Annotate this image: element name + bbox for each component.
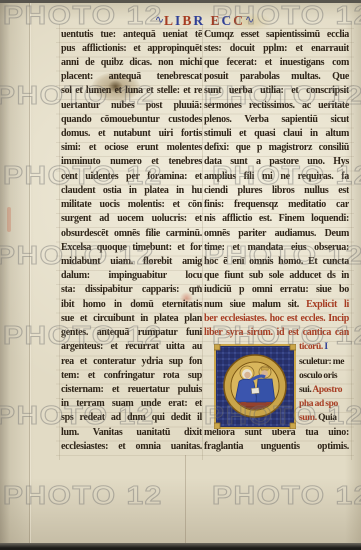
body-text: defixi: que p magistrorz consiliū xyxy=(204,142,349,153)
text-line: sta: dissipabitur capparis: qm̄ xyxy=(61,283,202,297)
manuscript-page-photo: ∿LIBR ECC∿ uentutis tue: antequā ueniat … xyxy=(0,0,361,550)
photo12-watermark: PHOTO 12 xyxy=(3,482,163,511)
text-line: sui. Apostro xyxy=(299,383,349,397)
rubric-text: Explicit li xyxy=(306,299,349,310)
pen-flourish-right: ∿ xyxy=(245,14,254,26)
photo-edge-top xyxy=(0,0,361,3)
text-line: iudiciū p omni erratu: siue bo xyxy=(204,283,349,297)
text-line: sol et lumen et luna et stelle: et re xyxy=(61,84,202,98)
parchment-fold-line xyxy=(185,455,186,543)
body-text: sui. xyxy=(299,385,312,395)
text-line: time: et mandata eius obserua: xyxy=(204,241,349,255)
body-text: iudiciū p omni erratu: siue bo xyxy=(204,284,349,295)
text-line: militate uocis molentis: et cōn xyxy=(61,198,202,212)
text-line: cisternam: et reuertatur puluis xyxy=(61,383,202,397)
text-line: ber ecclesiastes. hoc est eccles. Incip xyxy=(204,312,349,326)
body-text: ecclesiastes: et omnia uanitas. xyxy=(61,441,202,452)
text-line: ticorū. I xyxy=(299,340,349,354)
body-text: stes: docuit pplm: et enarrauit xyxy=(204,43,349,54)
pen-flourish-left: ∿ xyxy=(155,14,164,26)
body-text: rea et conteratur ydria sup fon xyxy=(61,356,202,367)
body-text: ciendi plures libros nullus est xyxy=(204,185,349,196)
body-text: sculetur: me xyxy=(299,357,344,367)
body-text: que fecerat: et inuestigans com xyxy=(204,57,349,68)
running-title-letter: L xyxy=(164,13,175,28)
text-line: sculetur: me xyxy=(299,355,349,369)
text-line: surgent ad uocem uolucris: et xyxy=(61,212,202,226)
body-text: imminuto numero et tenebres xyxy=(61,156,202,167)
text-line: fraglantia unguentis optimis. xyxy=(204,440,349,454)
text-line: obsurdescēt omnēs filie carminū. xyxy=(61,227,202,241)
body-text: sue et circuibunt in platea plan xyxy=(61,313,202,324)
body-text: posuit parabolas multas. Que xyxy=(204,71,349,82)
body-text: sta: dissipabitur capparis: qm̄ xyxy=(61,284,202,295)
body-text: argenteus: et recurrat uitta au xyxy=(61,341,202,352)
body-text: sps redeat ad dnm qui dedit il xyxy=(61,412,202,423)
text-line: nis afflictio est. Finem loquendi: xyxy=(204,212,349,226)
face-left xyxy=(244,372,250,378)
body-text: Quia xyxy=(318,413,336,423)
body-text: hoc ē enī omnis homo. Et cuncta xyxy=(204,256,349,267)
body-text: sermones rectissimos. ac ueritate xyxy=(204,100,349,111)
text-line: ecclesiastes: et omnia uanitas. xyxy=(61,440,202,454)
running-title-letter: B xyxy=(182,13,193,28)
ruling-vertical-left xyxy=(59,24,60,460)
text-line: omnēs pariter audiamus. Deum xyxy=(204,227,349,241)
text-line: sunt uerba utilia: et conscripsit xyxy=(204,84,349,98)
body-text: gentes. antequā rumpatur funi xyxy=(61,327,202,338)
running-title-letter: E xyxy=(210,13,221,28)
body-text: domus. et nutabunt uiri fortis xyxy=(61,128,202,139)
body-text: que fiunt sub sole adducet ds in xyxy=(204,270,349,281)
corner-knob xyxy=(290,423,296,429)
body-text: fraglantia unguentis optimis. xyxy=(204,441,349,452)
rubric-text: sum. xyxy=(299,413,318,423)
ruling-vertical-right xyxy=(351,24,352,460)
text-line: pus afflictionis: et appropinquēt xyxy=(61,42,202,56)
running-title-letter: R xyxy=(193,13,205,28)
rubric-text: liber syra sirum. id est cantica can xyxy=(204,327,349,338)
body-text: surgent ad uocem uolucris: et xyxy=(61,213,202,224)
text-line: plenos. Verba sapientiū sicut xyxy=(204,113,349,127)
photo12-watermark: PHOTO 12 xyxy=(212,482,361,511)
body-text: stimuli et quasi claui in altum xyxy=(204,128,349,139)
body-text: plenos. Verba sapientiū sicut xyxy=(204,114,349,125)
body-text: claudent ostia in platea in hu xyxy=(61,185,202,196)
text-line: domus. et nutabunt uiri fortis xyxy=(61,127,202,141)
corner-knob xyxy=(290,344,296,350)
body-text: num siue malum sit. xyxy=(204,299,306,310)
text-line: imminuto numero et tenebres xyxy=(61,155,202,169)
text-line: sermones rectissimos. ac ueritate xyxy=(204,99,349,113)
text-line: anni de quibz dicas. non michi xyxy=(61,56,202,70)
text-line: osculo oris xyxy=(299,369,349,383)
body-text: osculo oris xyxy=(299,371,337,381)
text-line: stimuli et quasi claui in altum xyxy=(204,127,349,141)
rubric-text: ticorū. xyxy=(299,342,324,352)
running-title-letter: C xyxy=(233,13,245,28)
text-line: claudent ostia in platea in hu xyxy=(61,184,202,198)
text-line: liber syra sirum. id est cantica can xyxy=(204,326,349,340)
body-text: in terram suam unde erat: et xyxy=(61,398,202,409)
text-line: quando cōmouebuntur custodes xyxy=(61,113,202,127)
text-line: in terram suam unde erat: et xyxy=(61,397,202,411)
text-line: data sunt a pastore uno. Hys xyxy=(204,155,349,169)
body-text: nis afflictio est. Finem loquendi: xyxy=(204,213,349,224)
body-text: midabunt uiam. florebit amig xyxy=(61,256,202,267)
running-title: ∿LIBR ECC∿ xyxy=(61,12,348,29)
body-text: quando cōmouebuntur custodes xyxy=(61,114,202,125)
body-text: lum. Vanitas uanitatū dixit xyxy=(61,427,202,438)
body-text: placent: antequā tenebrescat xyxy=(61,71,202,82)
text-line: ibit homo in domū eternitatis xyxy=(61,298,202,312)
ruling-vertical-middle xyxy=(202,24,203,460)
body-text: Cumqz esset sapientissimū ecclia xyxy=(204,29,349,40)
body-text: cent uidentes per foramina: et xyxy=(61,171,202,182)
body-text: dalum: impinguabitur locu xyxy=(61,270,202,281)
photo-edge-bottom xyxy=(0,543,361,550)
text-line: que fiunt sub sole adducet ds in xyxy=(204,269,349,283)
parchment-crease-highlight xyxy=(30,3,31,543)
body-text: ibit homo in domū eternitatis xyxy=(61,299,202,310)
corner-knob xyxy=(214,423,220,429)
historiated-initial-O xyxy=(214,344,296,429)
body-text: uertantur nubes post pluuiā: xyxy=(61,100,202,111)
text-line: rea et conteratur ydria sup fon xyxy=(61,355,202,369)
body-text: omnēs pariter audiamus. Deum xyxy=(204,228,349,239)
text-line: Cumqz esset sapientissimū ecclia xyxy=(204,28,349,42)
rubric-text: pha ad spo xyxy=(299,399,338,409)
text-line: defixi: que p magistrorz consiliū xyxy=(204,141,349,155)
text-line: uentutis tue: antequā ueniat tē xyxy=(61,28,202,42)
margin-red-mark xyxy=(7,207,11,232)
running-title-letter: C xyxy=(221,13,233,28)
text-column-left: uentutis tue: antequā ueniat tēpus affli… xyxy=(61,28,202,455)
text-line: pha ad spo xyxy=(299,397,349,411)
text-line: lum. Vanitas uanitatū dixit xyxy=(61,426,202,440)
text-line: finis: frequensqz meditatio car xyxy=(204,198,349,212)
text-line: dalum: impinguabitur locu xyxy=(61,269,202,283)
text-line: tem: et confringatur rota sup xyxy=(61,369,202,383)
body-text: sunt uerba utilia: et conscripsit xyxy=(204,85,349,96)
text-line: posuit parabolas multas. Que xyxy=(204,70,349,84)
text-line: cent uidentes per foramina: et xyxy=(61,170,202,184)
body-text: anni de quibz dicas. non michi xyxy=(61,57,202,68)
text-line: amplius fili mi ne requiras. fa xyxy=(204,170,349,184)
body-text: amplius fili mi ne requiras. fa xyxy=(204,171,349,182)
text-line: stes: docuit pplm: et enarrauit xyxy=(204,42,349,56)
text-line: num siue malum sit. Explicit li xyxy=(204,298,349,312)
blue-initial: I xyxy=(324,342,327,352)
body-text: finis: frequensqz meditatio car xyxy=(204,199,349,210)
body-text: simi: et ociose erunt molentes xyxy=(61,142,202,153)
text-line: que fecerat: et inuestigans com xyxy=(204,56,349,70)
body-text: tem: et confringatur rota sup xyxy=(61,370,202,381)
body-text: pus afflictionis: et appropinquēt xyxy=(61,43,202,54)
body-text: obsurdescēt omnēs filie carminū. xyxy=(61,228,202,239)
text-line: sps redeat ad dnm qui dedit il xyxy=(61,411,202,425)
body-text: data sunt a pastore uno. Hys xyxy=(204,156,349,167)
body-text: time: et mandata eius obserua: xyxy=(204,242,349,253)
text-line: placent: antequā tenebrescat xyxy=(61,70,202,84)
crown xyxy=(261,368,268,371)
rubric-text: ber ecclesiastes. hoc est eccles. Incip xyxy=(204,313,349,324)
text-line: hoc ē enī omnis homo. Et cuncta xyxy=(204,255,349,269)
text-line: argenteus: et recurrat uitta au xyxy=(61,340,202,354)
corner-knob xyxy=(214,344,220,350)
text-line: simi: et ociose erunt molentes xyxy=(61,141,202,155)
book xyxy=(251,388,259,394)
text-line: Excelsa quoque timebunt: et for xyxy=(61,241,202,255)
body-text: militate uocis molentis: et cōn xyxy=(61,199,202,210)
text-line: gentes. antequā rumpatur funi xyxy=(61,326,202,340)
body-text: sol et lumen et luna et stelle: et re xyxy=(61,85,202,96)
text-line: midabunt uiam. florebit amig xyxy=(61,255,202,269)
body-text: cisternam: et reuertatur puluis xyxy=(61,384,202,395)
text-line: ciendi plures libros nullus est xyxy=(204,184,349,198)
text-line: sum. Quia xyxy=(299,411,349,425)
rubric-text: Apostro xyxy=(312,385,342,395)
running-title-letters: LIBR ECC xyxy=(164,13,245,28)
body-text: uentutis tue: antequā ueniat tē xyxy=(61,29,202,40)
text-line: uertantur nubes post pluuiā: xyxy=(61,99,202,113)
text-line: sue et circuibunt in platea plan xyxy=(61,312,202,326)
body-text: Excelsa quoque timebunt: et for xyxy=(61,242,202,253)
